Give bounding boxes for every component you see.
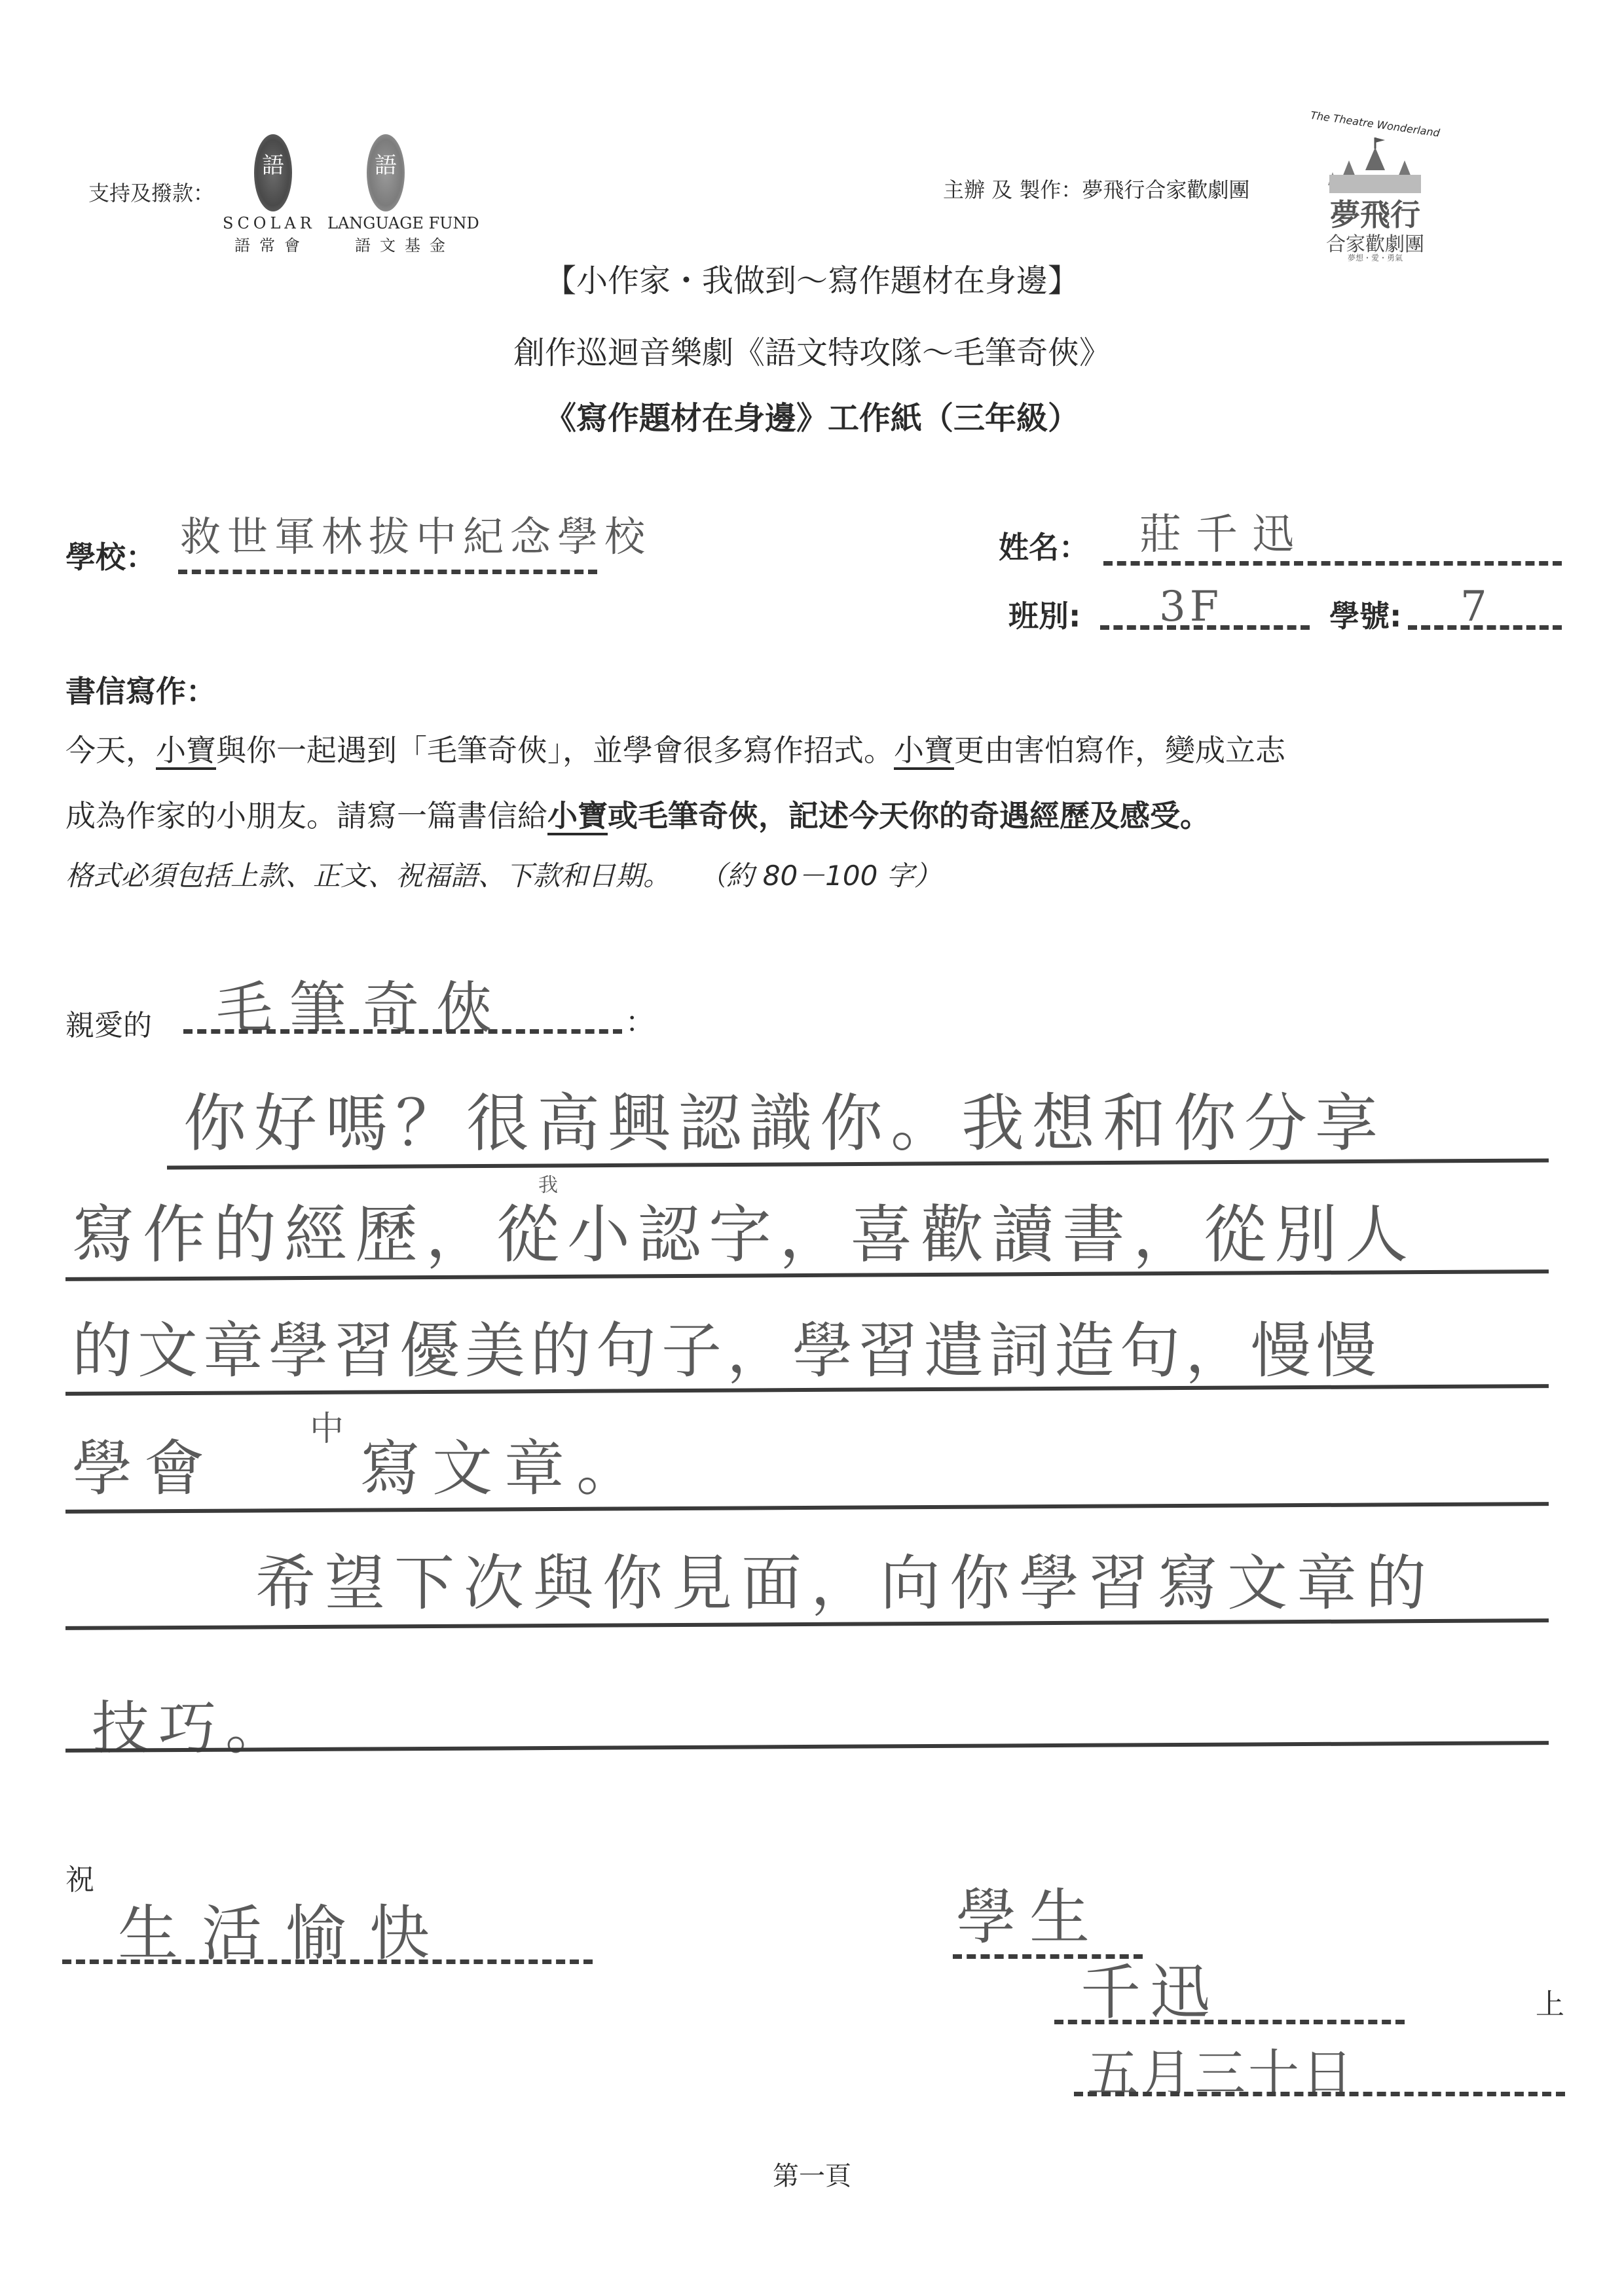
language-fund-name-zh: 語文基金 — [355, 232, 454, 255]
language-fund-name-en: LANGUAGE FUND — [327, 214, 479, 232]
letter-line-1[interactable]: 你好嗎？很高興認識你。我想和你分享 — [183, 1074, 1386, 1163]
insertion-mark-zhong: 中 — [310, 1401, 344, 1450]
theatre-wonderland-logo: The Theatre Wonderland 夢飛行 合家歡劇團 夢想・愛・勇氣 — [1303, 118, 1447, 268]
section-heading: 書信寫作： — [65, 668, 216, 711]
page-number: 第一頁 — [0, 2155, 1624, 2193]
signoff-title-field[interactable]: 學生 — [956, 1869, 1103, 1956]
school-label: 學校： — [65, 534, 156, 577]
scolar-name-zh: 語常會 — [234, 232, 309, 255]
instructions-para-1: 今天，小寶與你一起遇到「毛筆奇俠」，並學會很多寫作招式。小寶更由害怕寫作，變成立… — [65, 727, 1572, 770]
signoff-name-field[interactable]: 千迅 — [1080, 1944, 1219, 2031]
worksheet-title-3: 《寫作題材在身邊》工作紙（三年級） — [0, 393, 1624, 438]
name-label: 姓名： — [999, 524, 1089, 567]
underlined-name: 小寶 — [547, 798, 608, 833]
blessing-label: 祝 — [65, 1856, 94, 1898]
number-field[interactable]: 7 — [1460, 583, 1505, 631]
signoff-suffix: 上 — [1536, 1980, 1564, 2022]
worksheet-title-1: 【小作家・我做到～寫作題材在身邊】 — [0, 255, 1624, 301]
support-label: 支持及撥款： — [88, 177, 214, 207]
salutation-label: 親愛的 — [65, 1002, 152, 1044]
letter-line-2[interactable]: 寫作的經歷，從小認字，喜歡讀書，從別人 — [72, 1185, 1416, 1275]
scolar-seal-icon: 語 — [254, 134, 292, 211]
date-underline — [1074, 2092, 1565, 2096]
instructions-para-2: 成為作家的小朋友。請寫一篇書信給小寶或毛筆奇俠，記述今天你的奇遇經歷及感受。 — [65, 792, 1572, 835]
class-underline — [1100, 625, 1310, 630]
language-fund-seal-icon: 語 — [367, 134, 405, 211]
underlined-name: 小寶 — [894, 733, 954, 768]
sponsor-language-fund: 語 LANGUAGE FUND 語文基金 — [327, 134, 485, 246]
underlined-name: 小寶 — [156, 733, 216, 768]
letter-line-6[interactable]: 技巧。 — [92, 1683, 292, 1765]
class-label: 班別: — [1008, 592, 1080, 636]
signoff-name-underline — [1054, 2020, 1405, 2024]
number-underline — [1408, 625, 1562, 630]
worksheet-title-2: 創作巡迴音樂劇《語文特攻隊～毛筆奇俠》 — [0, 327, 1624, 373]
letter-line-4[interactable]: 學會 寫文章。 — [72, 1421, 648, 1507]
school-field[interactable]: 救世軍林拔中紀念學校 — [180, 504, 652, 562]
scolar-name-en: SCOLAR — [223, 214, 316, 232]
blessing-underline — [62, 1959, 593, 1964]
salutation-underline — [183, 1029, 622, 1034]
castle-icon — [1323, 134, 1428, 193]
insertion-mark-wo: 我 — [538, 1169, 558, 1197]
letter-line-5[interactable]: 希望下次與你見面，向你學習寫文章的 — [255, 1535, 1435, 1622]
instructions-para-3: 格式必須包括上款、正文、祝福語、下款和日期。 （約 80－100 字） — [65, 854, 942, 894]
letter-line-3[interactable]: 的文章學習優美的句子，學習遣詞造句，慢慢 — [72, 1303, 1382, 1389]
class-field[interactable]: 3F — [1159, 583, 1223, 631]
organizer-label: 主辦 及 製作：夢飛行合家歡劇團 — [943, 173, 1249, 204]
name-underline — [1103, 561, 1562, 566]
number-label: 學號: — [1329, 592, 1401, 636]
word-count: （約 80－100 字） — [699, 860, 941, 892]
name-field[interactable]: 莊千迅 — [1139, 501, 1308, 561]
school-underline — [178, 570, 597, 574]
salutation-colon: ： — [625, 998, 654, 1040]
